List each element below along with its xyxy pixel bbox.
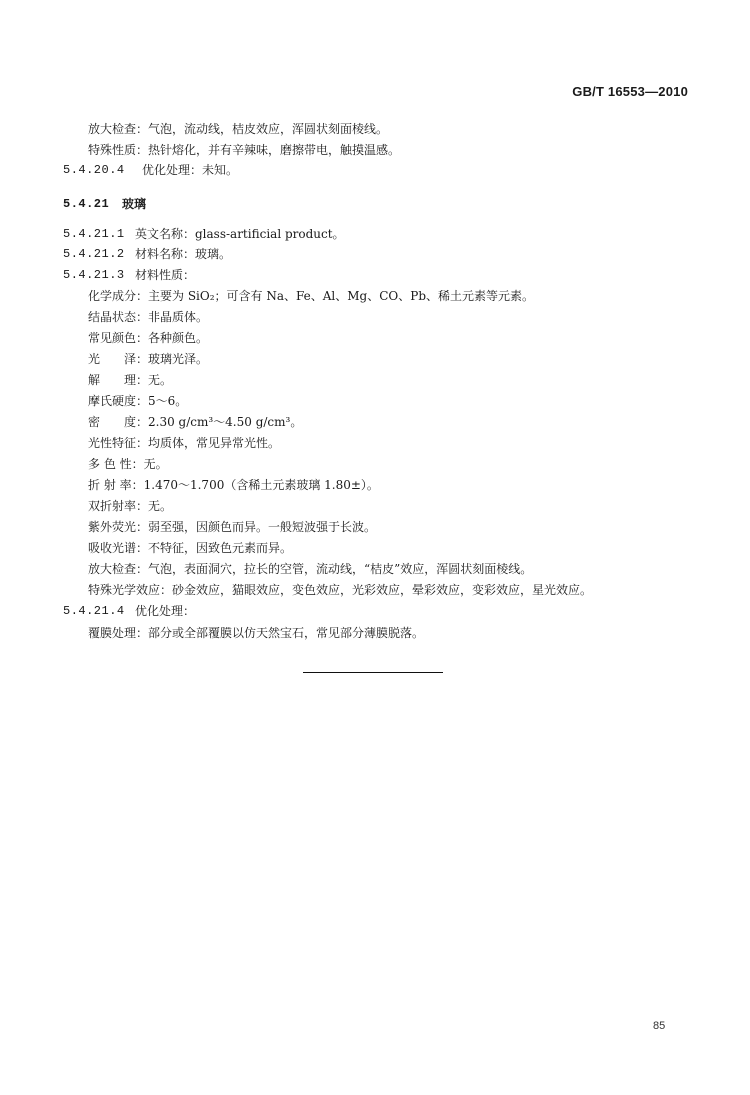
end-separator-line [303, 672, 443, 673]
clause-number: 5.4.21.3 [63, 267, 125, 283]
page-number: 85 [653, 1020, 665, 1032]
clause-number: 5.4.21 [63, 196, 109, 212]
clause-number: 5.4.21.2 [63, 246, 125, 262]
clause-number: 5.4.21.1 [63, 226, 125, 242]
standard-code: GB/T 16553—2010 [572, 84, 688, 99]
clause-number: 5.4.21.4 [63, 603, 125, 619]
clause-number: 5.4.20.4 [63, 162, 125, 178]
section-title: 玻璃 [122, 196, 146, 212]
